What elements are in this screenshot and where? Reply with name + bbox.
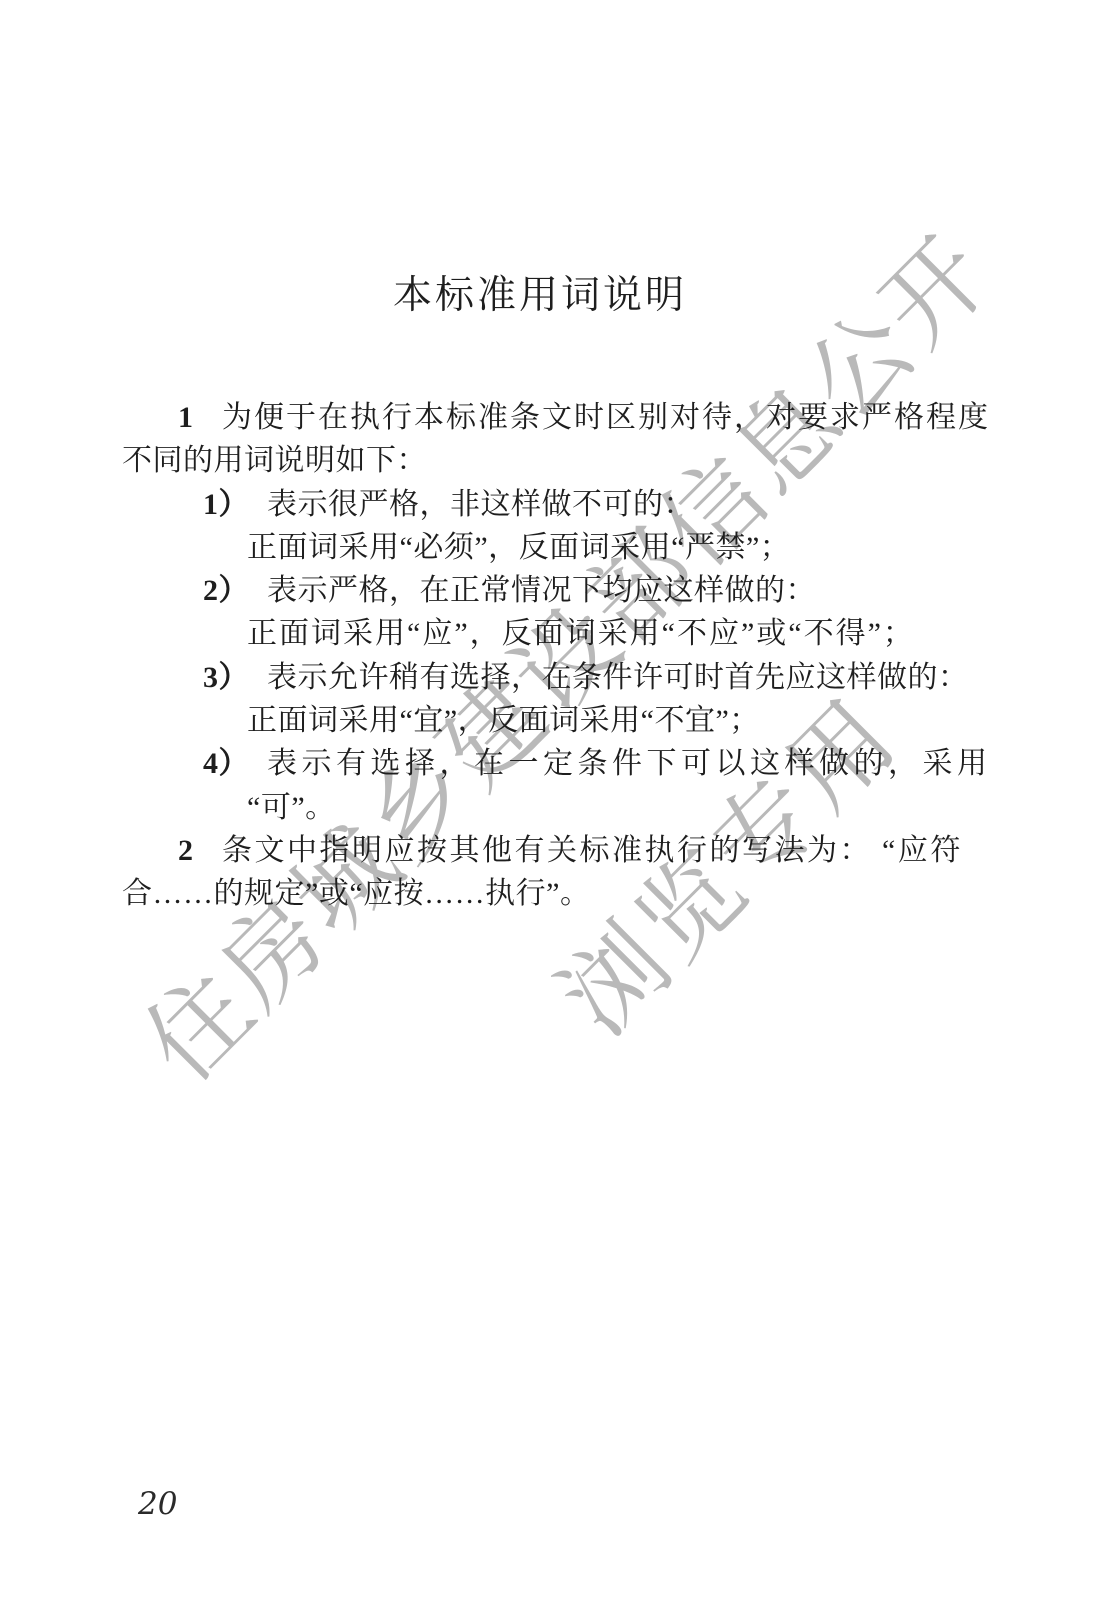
list-item-1-line-1: 1）表示很严格，非这样做不可的： bbox=[122, 483, 958, 526]
paragraph-2-text: 条文中指明应按其他有关标准执行的写法为： “应符 bbox=[222, 834, 963, 867]
list-item-1-line-2: 正面词采用“必须”，反面词采用“严禁”； bbox=[122, 526, 958, 569]
list-item-4-text: 表示有选择，在一定条件下可以这样做的，采用 bbox=[267, 747, 992, 780]
paragraph-1-number: 1 bbox=[178, 396, 222, 439]
paragraph-2-line-1: 2条文中指明应按其他有关标准执行的写法为： “应符 bbox=[122, 829, 958, 872]
list-item-3-number: 3） bbox=[203, 656, 267, 699]
list-item-3-line-2: 正面词采用“宜”，反面词采用“不宜”； bbox=[122, 699, 958, 742]
list-item-3-text: 表示允许稍有选择，在条件许可时首先应这样做的： bbox=[267, 661, 969, 694]
document-page: 住房城乡建设部信息公开 浏览专用 本标准用词说明 1为便于在执行本标准条文时区别… bbox=[0, 0, 1103, 1598]
page-content: 本标准用词说明 1为便于在执行本标准条文时区别对待，对要求严格程度 不同的用词说… bbox=[122, 272, 958, 916]
list-item-1-number: 1） bbox=[203, 483, 267, 526]
list-item-2-line-1: 2）表示严格，在正常情况下均应这样做的： bbox=[122, 569, 958, 612]
page-title: 本标准用词说明 bbox=[122, 272, 958, 320]
list-item-4-line-1: 4）表示有选择，在一定条件下可以这样做的，采用 bbox=[122, 742, 958, 785]
list-item-2-number: 2） bbox=[203, 569, 267, 612]
list-item-4-line-2: “可”。 bbox=[122, 786, 958, 829]
list-item-1-text: 表示很严格，非这样做不可的： bbox=[267, 488, 694, 521]
paragraph-1-line-1: 1为便于在执行本标准条文时区别对待，对要求严格程度 bbox=[122, 396, 958, 439]
list-item-2-text: 表示严格，在正常情况下均应这样做的： bbox=[267, 574, 816, 607]
paragraph-2-number: 2 bbox=[178, 829, 222, 872]
paragraph-2-line-2: 合……的规定”或“应按……执行”。 bbox=[122, 872, 958, 915]
paragraph-1-text: 为便于在执行本标准条文时区别对待，对要求严格程度 bbox=[222, 401, 990, 434]
list-item-2-line-2: 正面词采用“应”，反面词采用“不应”或“不得”； bbox=[122, 612, 958, 655]
body-text: 1为便于在执行本标准条文时区别对待，对要求严格程度 不同的用词说明如下： 1）表… bbox=[122, 396, 958, 916]
list-item-3-line-1: 3）表示允许稍有选择，在条件许可时首先应这样做的： bbox=[122, 656, 958, 699]
paragraph-1-line-2: 不同的用词说明如下： bbox=[122, 439, 958, 482]
list-item-4-number: 4） bbox=[203, 742, 267, 785]
page-number: 20 bbox=[138, 1486, 177, 1522]
